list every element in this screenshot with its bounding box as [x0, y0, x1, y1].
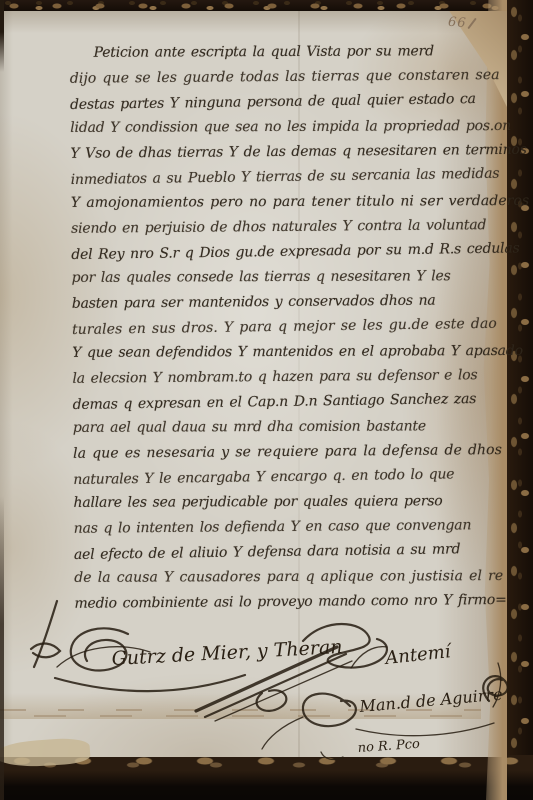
manuscript-line: hallare les sea perjudicable por quales …: [73, 489, 479, 516]
manuscript-line: demas q expresan en el Cap.n D.n Santiag…: [72, 387, 478, 418]
manuscript-line: destas partes Y ninguna persona de qual …: [70, 87, 476, 118]
paper-bottom-crease: [0, 693, 481, 719]
manuscript-photo: 66 Peticion ante escripta la qual Vista …: [0, 0, 533, 800]
manuscript-line: para ael qual daua su mrd dha comision b…: [73, 414, 479, 441]
manuscript-line: de la causa Y causadores para q aplique …: [74, 564, 480, 591]
manuscript-line: turales en sus dros. Y para q mejor se l…: [72, 312, 478, 343]
folio-number-text: 66: [447, 15, 467, 32]
manuscript-line: Y que sean defendidos Y mantenidos en el…: [72, 339, 478, 366]
folio-rubric-slash: [467, 18, 476, 30]
manuscript-line: del Rey nro S.r q Dios gu.de expresada p…: [71, 237, 477, 268]
manuscript-line: medio combiniente asi lo proveyo mando c…: [74, 588, 480, 617]
manuscript-line: por las quales consede las tierras q nes…: [72, 264, 478, 291]
manuscript-text: Peticion ante escripta la qual Vista por…: [69, 38, 480, 617]
manuscript-line: Y amojonamientos pero no para tener titu…: [71, 189, 477, 216]
manuscript-line: ael efecto de el aliuio Y defensa dara n…: [74, 537, 480, 568]
manuscript-line: lidad Y condission que sea no les impida…: [70, 114, 476, 141]
paper-left-edge-shadow: [0, 0, 4, 800]
folio-number: 66: [447, 15, 480, 33]
manuscript-line: inmediatos a su Pueblo Y tierras de su s…: [71, 162, 477, 193]
manuscript-line: naturales Y le encargaba Y encargo q. en…: [73, 462, 479, 493]
manuscript-line: Peticion ante escripta la qual Vista por…: [70, 39, 476, 66]
